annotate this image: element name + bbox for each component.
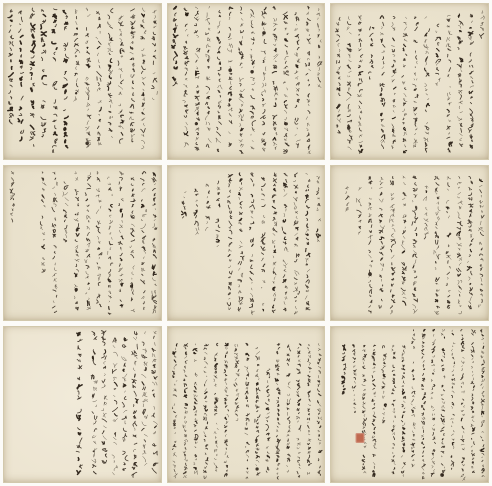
ink-strokes	[262, 309, 263, 311]
album-leaf-8	[167, 326, 326, 483]
ink-strokes	[122, 345, 128, 471]
ink-strokes	[91, 332, 97, 475]
ink-strokes	[337, 88, 341, 109]
ink-strokes	[379, 192, 384, 308]
ink-strokes	[286, 345, 290, 461]
ink-strokes	[102, 362, 108, 440]
album-grid	[0, 0, 492, 486]
ink-blot	[306, 233, 308, 235]
ink-strokes	[85, 176, 91, 268]
calligraphy-text	[167, 326, 326, 483]
ink-strokes	[272, 221, 276, 296]
ink-strokes	[141, 8, 146, 149]
ink-strokes	[306, 12, 311, 154]
ink-strokes	[369, 27, 375, 79]
ink-strokes	[181, 211, 186, 216]
ink-strokes	[353, 345, 355, 347]
ink-strokes	[425, 33, 430, 107]
ink-strokes	[347, 22, 352, 144]
ink-strokes	[182, 201, 184, 218]
ink-strokes	[18, 11, 23, 133]
ink-strokes	[317, 354, 321, 475]
ink-blot	[347, 126, 351, 130]
ink-strokes	[118, 22, 124, 144]
ink-strokes	[172, 13, 176, 86]
ink-strokes	[98, 248, 100, 249]
ink-strokes	[193, 210, 196, 215]
ink-strokes	[171, 7, 177, 81]
ink-strokes	[369, 176, 373, 312]
ink-strokes	[391, 176, 396, 308]
ink-strokes	[436, 49, 439, 58]
ink-strokes	[305, 194, 310, 256]
ink-strokes	[348, 44, 350, 47]
ink-strokes	[426, 190, 427, 192]
ink-strokes	[468, 249, 472, 270]
ink-strokes	[457, 21, 463, 147]
ink-strokes	[372, 367, 376, 469]
ink-strokes	[480, 179, 483, 181]
calligraphy-text	[3, 326, 162, 483]
calligraphy-text	[3, 3, 162, 160]
calligraphy-text	[330, 165, 489, 322]
ink-strokes	[96, 177, 102, 306]
calligraphy-text	[330, 326, 489, 483]
ink-strokes	[131, 177, 136, 300]
ink-strokes	[183, 356, 188, 478]
ink-strokes	[402, 33, 408, 141]
ink-strokes	[402, 346, 406, 474]
ink-blot	[273, 66, 276, 69]
ink-strokes	[316, 229, 320, 238]
ink-strokes	[140, 171, 146, 303]
calligraphy-text	[3, 165, 162, 322]
ink-blot	[130, 284, 133, 287]
ink-strokes	[481, 11, 485, 31]
ink-strokes	[372, 345, 376, 472]
ink-blot	[75, 92, 77, 94]
ink-strokes	[63, 185, 68, 241]
ink-strokes	[481, 338, 486, 477]
ink-strokes	[240, 128, 243, 131]
ink-strokes	[238, 7, 243, 154]
ink-strokes	[86, 47, 90, 67]
ink-strokes	[462, 342, 465, 421]
ink-strokes	[441, 353, 445, 477]
ink-strokes	[480, 34, 484, 39]
ink-strokes	[76, 340, 82, 469]
ink-strokes	[141, 204, 144, 207]
ink-strokes	[216, 11, 221, 152]
ink-strokes	[119, 171, 124, 291]
ink-strokes	[183, 8, 189, 118]
ink-strokes	[74, 9, 80, 101]
ink-strokes	[382, 346, 387, 423]
ink-strokes	[97, 12, 102, 141]
calligraphy-text	[167, 3, 326, 160]
ink-strokes	[92, 356, 93, 361]
ink-strokes	[92, 381, 97, 464]
ink-blot	[448, 301, 450, 303]
ink-strokes	[234, 345, 239, 422]
ink-strokes	[134, 374, 138, 466]
ink-strokes	[205, 190, 209, 219]
ink-strokes	[235, 398, 237, 400]
ink-strokes	[213, 353, 218, 471]
album-leaf-3	[330, 3, 489, 160]
ink-blot	[185, 13, 188, 16]
ink-strokes	[414, 17, 419, 126]
ink-blot	[368, 272, 372, 276]
ink-blot	[255, 468, 258, 471]
ink-blot	[472, 462, 474, 464]
ink-strokes	[114, 383, 117, 417]
ink-strokes	[205, 6, 211, 142]
ink-strokes	[392, 352, 396, 474]
ink-strokes	[345, 186, 349, 211]
ink-strokes	[228, 254, 230, 256]
ink-strokes	[42, 244, 45, 248]
album-leaf-9	[330, 326, 489, 483]
ink-blot	[108, 65, 111, 68]
ink-strokes	[152, 183, 157, 313]
ink-strokes	[358, 22, 363, 148]
ink-blot	[228, 68, 232, 72]
ink-strokes	[457, 176, 463, 313]
ink-blot	[194, 122, 197, 125]
ink-strokes	[346, 195, 350, 199]
ink-strokes	[75, 192, 79, 309]
ink-strokes	[286, 447, 289, 449]
ink-strokes	[52, 14, 57, 135]
ink-strokes	[184, 391, 187, 406]
ink-strokes	[155, 426, 157, 428]
ink-strokes	[435, 176, 440, 308]
ink-strokes	[63, 11, 68, 148]
ink-strokes	[453, 334, 455, 446]
ink-strokes	[272, 188, 275, 307]
album-leaf-2	[167, 3, 326, 160]
ink-blot	[184, 454, 186, 456]
ink-blot	[262, 31, 266, 35]
ink-strokes	[118, 16, 123, 129]
ink-strokes	[194, 189, 198, 226]
ink-strokes	[413, 51, 418, 148]
ink-strokes	[436, 24, 441, 74]
ink-blot	[120, 259, 122, 261]
ink-strokes	[451, 330, 455, 449]
ink-strokes	[264, 7, 266, 10]
ink-blot	[93, 451, 95, 453]
album-leaf-4	[3, 165, 162, 322]
ink-strokes	[250, 10, 256, 126]
ink-strokes	[107, 9, 113, 132]
ink-strokes	[383, 358, 387, 420]
ink-strokes	[250, 14, 255, 150]
ink-strokes	[261, 199, 265, 305]
ink-strokes	[77, 28, 78, 29]
ink-strokes	[183, 191, 186, 209]
ink-strokes	[228, 12, 232, 146]
ink-strokes	[469, 21, 475, 88]
album-leaf-5	[167, 165, 326, 322]
ink-blot	[75, 288, 78, 291]
ink-strokes	[468, 176, 474, 308]
ink-strokes	[424, 185, 429, 236]
calligraphy-text	[330, 3, 489, 160]
ink-strokes	[172, 371, 176, 450]
ink-blot	[284, 122, 287, 125]
ink-blot	[63, 127, 66, 130]
ink-strokes	[282, 173, 287, 311]
ink-strokes	[142, 382, 144, 385]
ink-strokes	[227, 174, 233, 306]
ink-strokes	[152, 177, 157, 308]
ink-strokes	[130, 35, 135, 137]
ink-strokes	[108, 177, 113, 302]
ink-strokes	[142, 342, 147, 442]
ink-strokes	[283, 12, 289, 153]
ink-strokes	[283, 189, 288, 304]
ink-strokes	[234, 349, 239, 416]
ink-strokes	[224, 352, 229, 477]
ink-strokes	[422, 334, 426, 479]
ink-strokes	[96, 31, 102, 145]
ink-strokes	[261, 16, 266, 151]
album-leaf-7	[3, 326, 162, 483]
ink-strokes	[40, 171, 46, 265]
ink-strokes	[245, 344, 249, 462]
ink-strokes	[411, 334, 416, 468]
ink-strokes	[151, 21, 157, 89]
ink-strokes	[249, 173, 254, 308]
ink-strokes	[193, 391, 198, 457]
ink-strokes	[132, 332, 138, 478]
ink-strokes	[307, 359, 311, 466]
ink-strokes	[380, 22, 385, 148]
ink-strokes	[216, 186, 220, 246]
calligraphy-text	[167, 165, 326, 322]
ink-strokes	[120, 209, 123, 307]
ink-strokes	[471, 358, 474, 468]
ink-strokes	[296, 65, 298, 68]
ink-strokes	[224, 344, 228, 420]
ink-strokes	[261, 177, 265, 271]
ink-strokes	[41, 14, 47, 79]
ink-strokes	[142, 332, 148, 466]
ink-strokes	[394, 357, 396, 358]
album-leaf-6	[330, 165, 489, 322]
ink-strokes	[412, 410, 414, 413]
ink-strokes	[431, 343, 435, 477]
ink-strokes	[107, 59, 112, 91]
ink-strokes	[120, 115, 124, 135]
artist-seal	[355, 433, 364, 443]
ink-strokes	[479, 185, 484, 307]
ink-blot	[250, 70, 253, 73]
ink-strokes	[152, 332, 158, 435]
ink-strokes	[364, 456, 365, 458]
ink-strokes	[305, 6, 310, 149]
ink-blot	[85, 142, 89, 146]
ink-strokes	[380, 237, 384, 240]
ink-strokes	[451, 362, 455, 470]
ink-strokes	[294, 12, 299, 147]
album-leaf-1	[3, 3, 162, 160]
ink-strokes	[336, 17, 341, 133]
ink-strokes	[296, 351, 301, 477]
ink-strokes	[357, 210, 361, 229]
ink-strokes	[217, 37, 221, 64]
ink-strokes	[10, 182, 14, 222]
ink-strokes	[425, 236, 427, 238]
ink-blot	[441, 473, 445, 477]
ink-strokes	[18, 35, 23, 140]
